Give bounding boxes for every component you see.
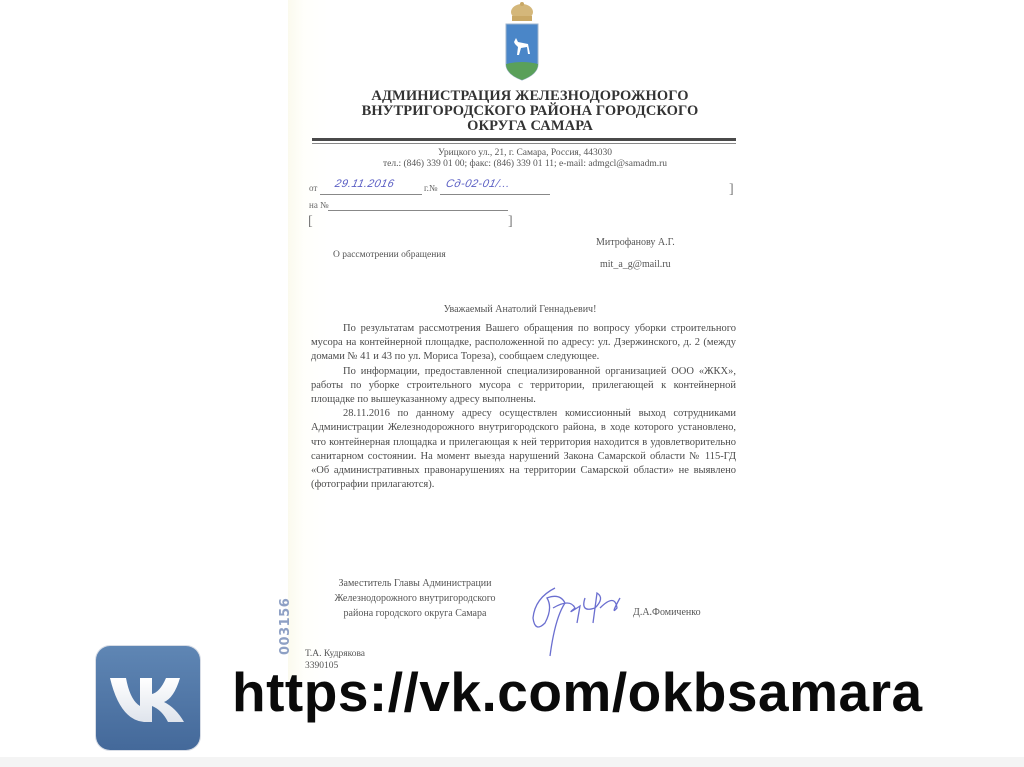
reference-underline bbox=[328, 210, 508, 211]
letter-body: По результатам рассмотрения Вашего обращ… bbox=[311, 322, 736, 492]
paragraph: 28.11.2016 по данному адресу осуществлен… bbox=[311, 407, 736, 492]
corner-bracket-right: ] bbox=[729, 182, 734, 198]
recipient: Митрофанову А.Г. mit_a_g@mail.ru bbox=[596, 232, 675, 276]
number-label: г.№ bbox=[424, 183, 438, 193]
from-label: от bbox=[309, 183, 317, 193]
handwritten-number: Сд-02-01/... bbox=[445, 178, 512, 190]
signer-position: Заместитель Главы Администрации Железнод… bbox=[310, 576, 520, 621]
number-underline bbox=[440, 194, 550, 195]
vk-url-link[interactable]: https://vk.com/okbsamara bbox=[232, 660, 923, 724]
salutation: Уважаемый Анатолий Геннадьевич! bbox=[300, 304, 740, 315]
organization-name: АДМИНИСТРАЦИЯ ЖЕЛЕЗНОДОРОЖНОГО ВНУТРИГОР… bbox=[330, 89, 730, 134]
corner-bracket-right-2: ] bbox=[508, 214, 513, 230]
vk-logo-icon[interactable] bbox=[96, 646, 200, 750]
recipient-name: Митрофанову А.Г. bbox=[596, 232, 675, 254]
corner-bracket-left: [ bbox=[308, 214, 313, 230]
reference-label: на № bbox=[309, 200, 329, 210]
paragraph: По информации, предоставленной специализ… bbox=[311, 365, 736, 408]
letter-subject: О рассмотрении обращения bbox=[333, 250, 446, 260]
letterhead-address: Урицкого ул., 21, г. Самара, Россия, 443… bbox=[330, 148, 720, 170]
date-underline bbox=[320, 194, 422, 195]
letterhead-rule bbox=[312, 138, 736, 141]
executor-name: Т.А. Кудрякова bbox=[305, 648, 365, 660]
handwritten-signature bbox=[525, 578, 635, 658]
paragraph: По результатам рассмотрения Вашего обращ… bbox=[311, 322, 736, 365]
handwritten-date: 29.11.2016 bbox=[334, 178, 396, 190]
recipient-email: mit_a_g@mail.ru bbox=[596, 254, 675, 276]
bottom-strip bbox=[0, 757, 1024, 767]
registration-stamp-number: 003156 bbox=[278, 598, 293, 655]
signer-name: Д.А.Фомиченко bbox=[633, 607, 701, 618]
letterhead-rule-thin bbox=[312, 143, 736, 144]
samara-coat-of-arms-icon bbox=[500, 0, 544, 84]
